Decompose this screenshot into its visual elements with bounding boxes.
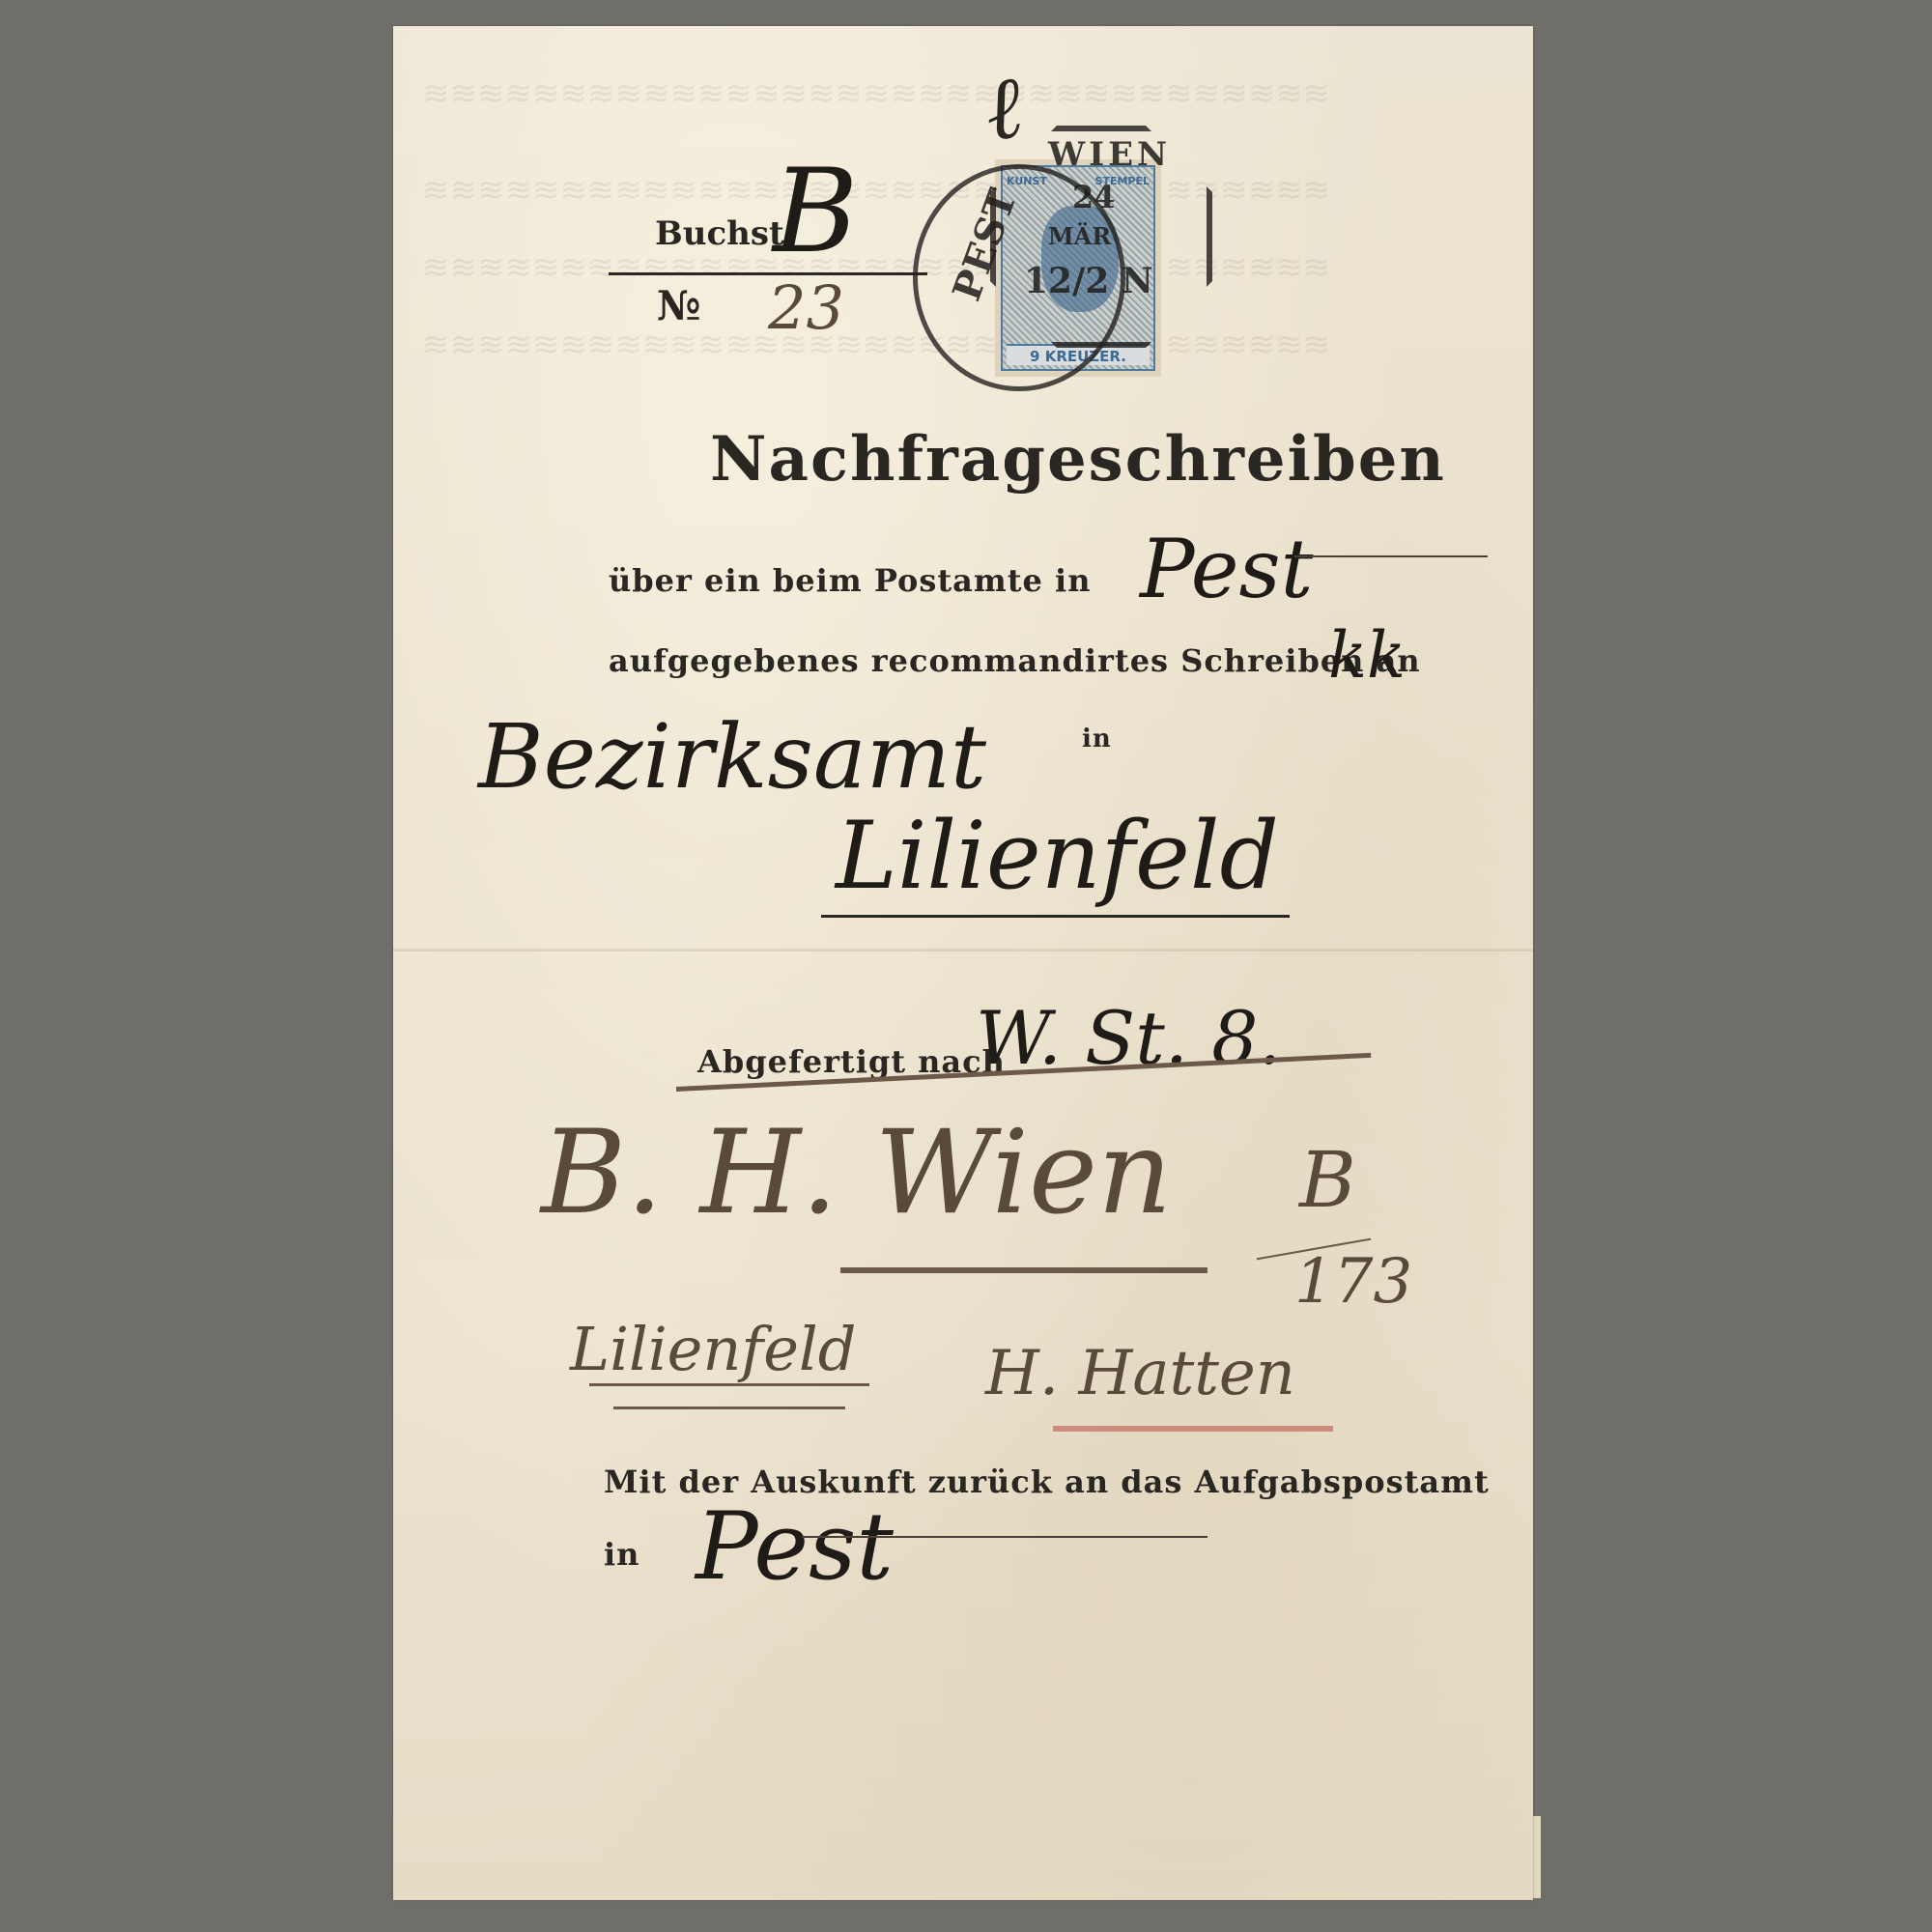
postmark-time: 12/2 N xyxy=(1024,261,1153,301)
buchst-value: B xyxy=(773,145,858,279)
red-pencil-mark xyxy=(1053,1426,1333,1432)
field-rule xyxy=(1294,555,1488,557)
destination: Lilienfeld xyxy=(836,802,1279,910)
postmark-month: MÄR xyxy=(1048,222,1111,250)
bleed-through-text: ≋≋≋≋≋≋≋≋≋≋≋≋≋≋≋≋≋≋≋≋≋≋≋≋≋≋≋≋≋≋≋≋≋ xyxy=(422,326,1330,364)
number-label: № xyxy=(657,282,701,329)
destination-underline xyxy=(821,915,1290,918)
reference-number: 173 xyxy=(1294,1246,1412,1318)
dispatch-place: Lilienfeld xyxy=(570,1314,856,1384)
line3-print: in xyxy=(1082,724,1112,753)
postmark-date: 24 xyxy=(1072,179,1116,215)
addressee-prefix: kk xyxy=(1328,618,1406,693)
number-value: 23 xyxy=(768,272,844,343)
return-rule xyxy=(802,1536,1207,1538)
place-underline-2 xyxy=(613,1406,845,1409)
postmark-town-2: WIEN xyxy=(1048,135,1171,174)
place-underline xyxy=(589,1383,869,1386)
dispatch-route: B. H. Wien xyxy=(541,1106,1172,1240)
fold-line xyxy=(393,949,1533,952)
origin-office: Pest xyxy=(1140,522,1313,616)
line1-print: über ein beim Postamte in xyxy=(609,562,1091,599)
dispatch-name: H. Hatten xyxy=(985,1338,1295,1409)
bleed-through-text: ≋≋≋≋≋≋≋≋≋≋≋≋≋≋≋≋≋≋≋≋≋≋≋≋≋≋≋≋≋≋≋≋≋ xyxy=(422,74,1330,113)
return-office: Pest xyxy=(696,1492,894,1601)
route-underline xyxy=(840,1267,1207,1273)
reference-letter: B xyxy=(1299,1135,1356,1225)
line2-print: aufgegebenes recommandirtes Schreiben an xyxy=(609,642,1421,679)
return-in-label: in xyxy=(604,1536,639,1573)
addressee: Bezirksamt xyxy=(478,705,986,809)
page-title: Nachfrageschreiben xyxy=(710,423,1446,496)
